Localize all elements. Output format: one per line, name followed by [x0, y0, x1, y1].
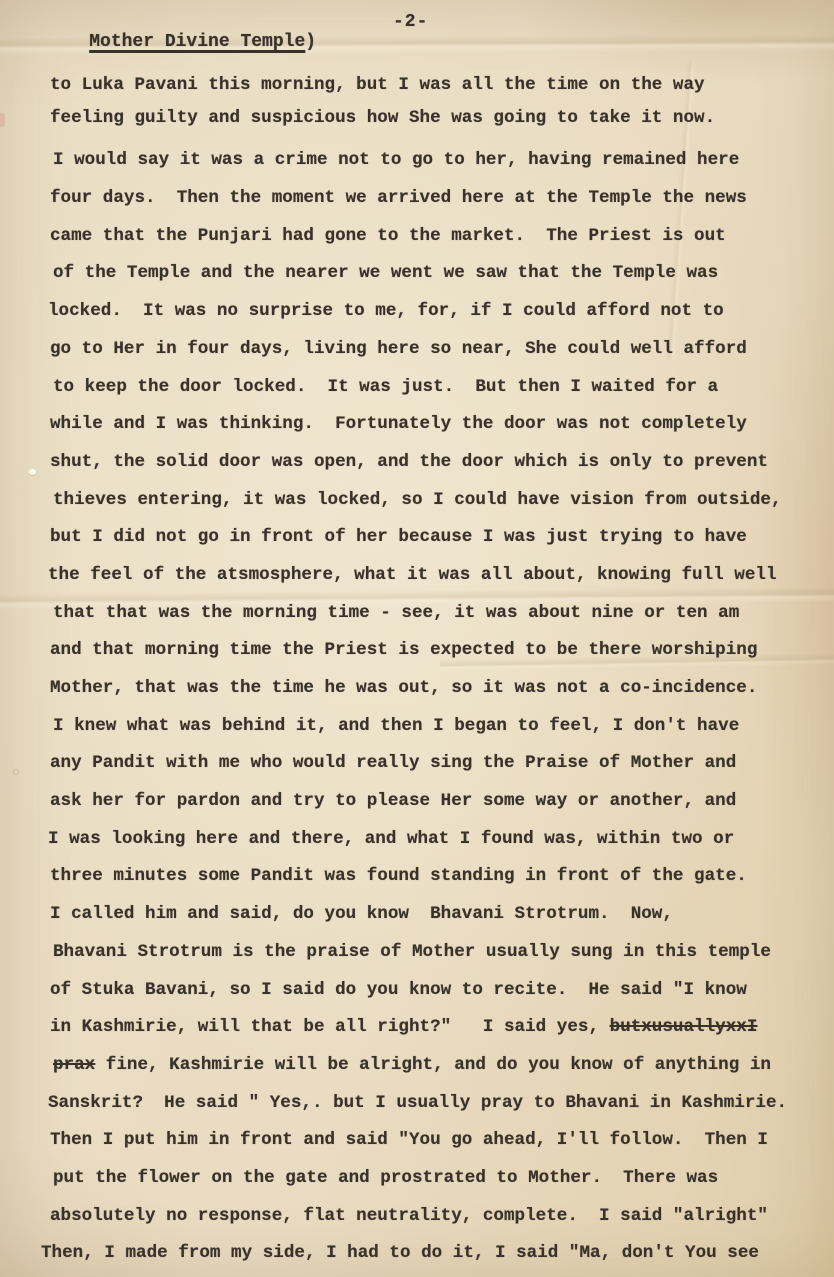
paper-speck: [29, 469, 36, 475]
text-line: put the flower on the gate and prostrate…: [53, 1160, 820, 1198]
line-text: I called him and said, do you know Bhava…: [50, 904, 673, 924]
text-line: I was looking here and there, and what I…: [48, 821, 820, 859]
line-text: feeling guilty and suspicious how She wa…: [50, 108, 715, 128]
letter-body: to Luka Pavani this morning, but I was a…: [50, 67, 820, 1273]
text-line: while and I was thinking. Fortunately th…: [50, 406, 820, 444]
line-text: of Stuka Bavani, so I said do you know t…: [50, 980, 747, 1000]
text-line: and that morning time the Priest is expe…: [50, 632, 820, 670]
text-line: Mother, that was the time he was out, so…: [50, 670, 820, 708]
text-line: any Pandit with me who would really sing…: [50, 745, 820, 783]
text-line: Sanskrit? He said " Yes,. but I usually …: [48, 1085, 820, 1123]
text-line: in Kashmirie, will that be all right?" I…: [50, 1009, 820, 1047]
line-text: of the Temple and the nearer we went we …: [53, 263, 718, 283]
text-line: Bhavani Strotrum is the praise of Mother…: [53, 934, 820, 972]
line-text: go to Her in four days, living here so n…: [50, 339, 747, 359]
overstruck-text: prax: [53, 1055, 95, 1075]
line-text: I knew what was behind it, and then I be…: [53, 716, 739, 736]
page-title-text: Mother Divine Temple: [89, 32, 305, 52]
line-text: shut, the solid door was open, and the d…: [50, 452, 768, 472]
line-text: thieves entering, it was locked, so I co…: [53, 490, 782, 510]
line-text: Sanskrit? He said " Yes,. but I usually …: [48, 1093, 787, 1113]
line-text: I would say it was a crime not to go to …: [53, 150, 739, 170]
text-line: four days. Then the moment we arrived he…: [50, 180, 820, 218]
text-line: of the Temple and the nearer we went we …: [53, 255, 820, 293]
text-line: three minutes some Pandit was found stan…: [50, 858, 820, 896]
text-line: I knew what was behind it, and then I be…: [53, 708, 820, 746]
text-line: thieves entering, it was locked, so I co…: [53, 482, 820, 520]
text-line: of Stuka Bavani, so I said do you know t…: [50, 972, 820, 1010]
text-line: Then, I made from my side, I had to do i…: [41, 1235, 820, 1273]
text-line: but I did not go in front of her because…: [50, 519, 820, 557]
line-text: any Pandit with me who would really sing…: [50, 753, 736, 773]
line-text: Mother, that was the time he was out, so…: [50, 678, 757, 698]
line-text: four days. Then the moment we arrived he…: [50, 188, 747, 208]
page-title: Mother Divine Temple): [89, 32, 316, 52]
line-text: Then I put him in front and said "You go…: [50, 1130, 768, 1150]
text-line: absolutely no response, flat neutrality,…: [50, 1198, 820, 1236]
page-title-suffix: ): [305, 32, 316, 52]
line-text: fine, Kashmirie will be alright, and do …: [95, 1055, 771, 1075]
text-line: that that was the morning time - see, it…: [53, 595, 820, 633]
text-line: to keep the door locked. It was just. Bu…: [53, 369, 820, 407]
text-line: shut, the solid door was open, and the d…: [50, 444, 820, 482]
line-text: while and I was thinking. Fortunately th…: [50, 414, 747, 434]
text-line: the feel of the atsmosphere, what it was…: [48, 557, 820, 595]
line-text: absolutely no response, flat neutrality,…: [50, 1206, 768, 1226]
line-text: Then, I made from my side, I had to do i…: [41, 1243, 759, 1263]
paper-speck: [0, 113, 5, 127]
text-line: go to Her in four days, living here so n…: [50, 331, 820, 369]
paper-speck: [13, 769, 19, 775]
line-text: to keep the door locked. It was just. Bu…: [53, 377, 718, 397]
text-line: came that the Punjari had gone to the ma…: [50, 218, 820, 256]
line-text: that that was the morning time - see, it…: [53, 603, 739, 623]
text-line: I would say it was a crime not to go to …: [53, 142, 820, 180]
line-text: the feel of the atsmosphere, what it was…: [48, 565, 777, 585]
line-text: put the flower on the gate and prostrate…: [53, 1168, 718, 1188]
line-text: came that the Punjari had gone to the ma…: [50, 226, 726, 246]
line-text: ask her for pardon and try to please Her…: [50, 791, 736, 811]
page-number: -2-: [393, 12, 428, 32]
line-text: Bhavani Strotrum is the praise of Mother…: [53, 942, 771, 962]
line-text: in Kashmirie, will that be all right?" I…: [50, 1017, 610, 1037]
text-line: Then I put him in front and said "You go…: [50, 1122, 820, 1160]
text-line: prax fine, Kashmirie will be alright, an…: [53, 1047, 820, 1085]
line-text: and that morning time the Priest is expe…: [50, 640, 757, 660]
document-page: Mother Divine Temple) -2- to Luka Pavani…: [0, 0, 834, 1277]
page-header: Mother Divine Temple) -2-: [46, 12, 806, 38]
line-text: I was looking here and there, and what I…: [48, 829, 734, 849]
overstruck-text: butxusuallyxxI: [610, 1017, 758, 1037]
line-text: locked. It was no surprise to me, for, i…: [48, 301, 724, 321]
line-text: but I did not go in front of her because…: [50, 527, 747, 547]
text-line: locked. It was no surprise to me, for, i…: [48, 293, 820, 331]
text-line: I called him and said, do you know Bhava…: [50, 896, 820, 934]
text-line: feeling guilty and suspicious how She wa…: [50, 100, 820, 138]
text-line: ask her for pardon and try to please Her…: [50, 783, 820, 821]
line-text: three minutes some Pandit was found stan…: [50, 866, 747, 886]
line-text: to Luka Pavani this morning, but I was a…: [50, 75, 705, 95]
